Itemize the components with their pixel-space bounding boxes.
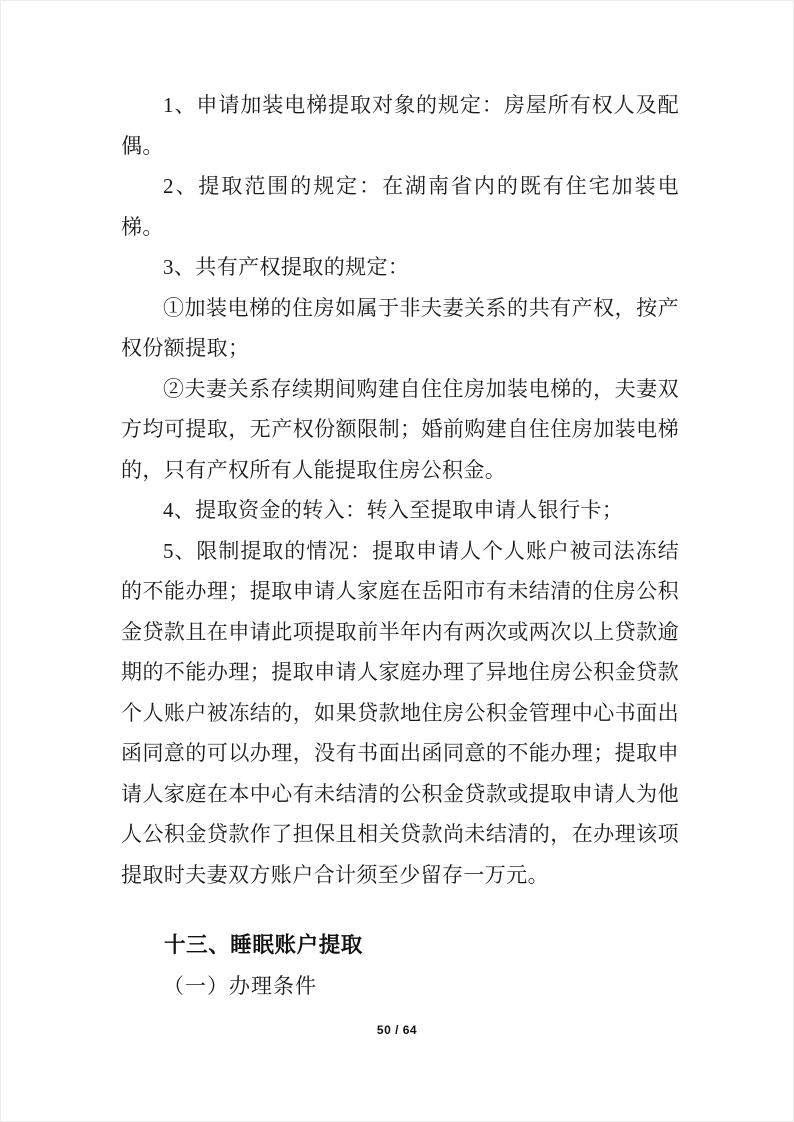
paragraph: 2、提取范围的规定：在湖南省内的既有住宅加装电梯。 [121, 166, 679, 247]
subsection-heading: （一）办理条件 [121, 966, 679, 1007]
section-heading: 十三、睡眠账户提取 [121, 925, 679, 966]
page-content: 1、申请加装电梯提取对象的规定：房屋所有权人及配偶。 2、提取范围的规定：在湖南… [121, 85, 679, 1006]
paragraph: 4、提取资金的转入：转入至提取申请人银行卡； [121, 490, 679, 531]
paragraph: 1、申请加装电梯提取对象的规定：房屋所有权人及配偶。 [121, 85, 679, 166]
paragraph: ①加装电梯的住房如属于非夫妻关系的共有产权，按产权份额提取； [121, 288, 679, 369]
page-number: 50 / 64 [1, 1023, 793, 1037]
paragraph: ②夫妻关系存续期间购建自住住房加装电梯的，夫妻双方均可提取，无产权份额限制；婚前… [121, 369, 679, 491]
paragraph: 5、限制提取的情况：提取申请人个人账户被司法冻结的不能办理；提取申请人家庭在岳阳… [121, 531, 679, 896]
document-page: 1、申请加装电梯提取对象的规定：房屋所有权人及配偶。 2、提取范围的规定：在湖南… [0, 0, 794, 1122]
paragraph: 3、共有产权提取的规定： [121, 247, 679, 288]
